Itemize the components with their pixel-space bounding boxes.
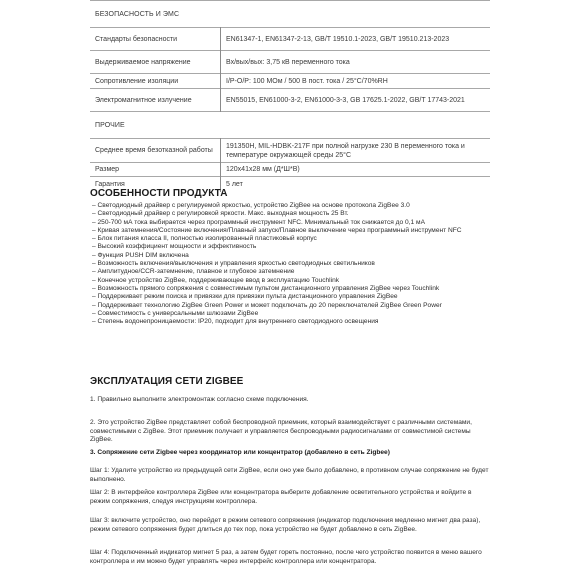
- section-title-safety: БЕЗОПАСНОСТЬ И ЭМС: [90, 1, 490, 28]
- spec-value: EN55015, EN61000-3-2, EN61000-3-3, GB 17…: [221, 89, 491, 112]
- step-3: Шаг 3: включите устройство, оно перейдет…: [90, 517, 490, 534]
- list-item: – 250-700 мА тока выбирается через прогр…: [90, 219, 490, 227]
- paragraph-receiver: 2. Это устройство ZigBee представляет со…: [90, 419, 490, 445]
- step-1: Шаг 1: Удалите устройство из предыдущей …: [90, 467, 490, 484]
- zigbee-heading: ЭКСПЛУАТАЦИЯ СЕТИ ZIGBEE: [90, 376, 243, 387]
- step-2: Шаг 2: В интерфейсе контроллера ZigBee и…: [90, 489, 490, 506]
- section-row-other: ПРОЧИЕ: [90, 112, 490, 139]
- spec-value: 120x41x28 мм (Д*Ш*В): [221, 163, 491, 177]
- features-heading: ОСОБЕННОСТИ ПРОДУКТА: [90, 188, 228, 199]
- spec-value: 5 лет: [221, 177, 491, 193]
- list-item: – Функция PUSH DIM включена: [90, 252, 490, 260]
- spec-key: Стандарты безопасности: [90, 28, 221, 51]
- spec-value: 191350H, MIL-HDBK-217F при полной нагруз…: [221, 139, 491, 163]
- list-item: – Конечное устройство ZigBee, поддержива…: [90, 277, 490, 285]
- list-item: – Поддерживает технологию ZigBee Green P…: [90, 302, 490, 310]
- spec-key: Сопротивление изоляции: [90, 74, 221, 89]
- step-4: Шаг 4: Подключенный индикатор мигнет 5 р…: [90, 549, 490, 566]
- table-row: Выдерживаемое напряжение Вх/вых/вых: 3,7…: [90, 51, 490, 74]
- list-item: – Поддерживает режим поиска и привязки д…: [90, 293, 490, 301]
- list-item: – Светодиодный драйвер с регулировкой яр…: [90, 210, 490, 218]
- table-row: Среднее время безотказной работы 191350H…: [90, 139, 490, 163]
- list-item: – Кривая затемнения/Состояние включения/…: [90, 227, 490, 235]
- section-title-other: ПРОЧИЕ: [90, 112, 490, 139]
- spec-key: Электромагнитное излучение: [90, 89, 221, 112]
- paragraph-wiring: 1. Правильно выполните электромонтаж сог…: [90, 396, 490, 405]
- list-item: – Высокий коэффициент мощности и эффекти…: [90, 243, 490, 251]
- spec-key: Размер: [90, 163, 221, 177]
- table-row: Стандарты безопасности EN61347-1, EN6134…: [90, 28, 490, 51]
- table-row: Сопротивление изоляции I/P-O/P: 100 MOм …: [90, 74, 490, 89]
- spec-value: EN61347-1, EN61347-2-13, GB/T 19510.1-20…: [221, 28, 491, 51]
- spec-table: БЕЗОПАСНОСТЬ И ЭМС Стандарты безопасност…: [90, 0, 490, 192]
- paragraph-pairing-title: 3. Сопряжение сети Zigbee через координа…: [90, 449, 490, 458]
- table-row: Размер 120x41x28 мм (Д*Ш*В): [90, 163, 490, 177]
- spec-value: I/P-O/P: 100 MOм / 500 В пост. тока / 25…: [221, 74, 491, 89]
- list-item: – Амплитудное/CCR-затемнение, плавное и …: [90, 268, 490, 276]
- list-item: – Возможность прямого сопряжения с совме…: [90, 285, 490, 293]
- spec-key: Выдерживаемое напряжение: [90, 51, 221, 74]
- list-item: – Степень водонепроницаемости: IP20, под…: [90, 318, 490, 326]
- document-page: БЕЗОПАСНОСТЬ И ЭМС Стандарты безопасност…: [90, 0, 490, 192]
- list-item: – Совместимость с универсальными шлюзами…: [90, 310, 490, 318]
- table-row: Электромагнитное излучение EN55015, EN61…: [90, 89, 490, 112]
- spec-key: Среднее время безотказной работы: [90, 139, 221, 163]
- features-list: – Светодиодный драйвер с регулируемой яр…: [90, 202, 490, 326]
- spec-value: Вх/вых/вых: 3,75 кВ переменного тока: [221, 51, 491, 74]
- section-row-safety: БЕЗОПАСНОСТЬ И ЭМС: [90, 1, 490, 28]
